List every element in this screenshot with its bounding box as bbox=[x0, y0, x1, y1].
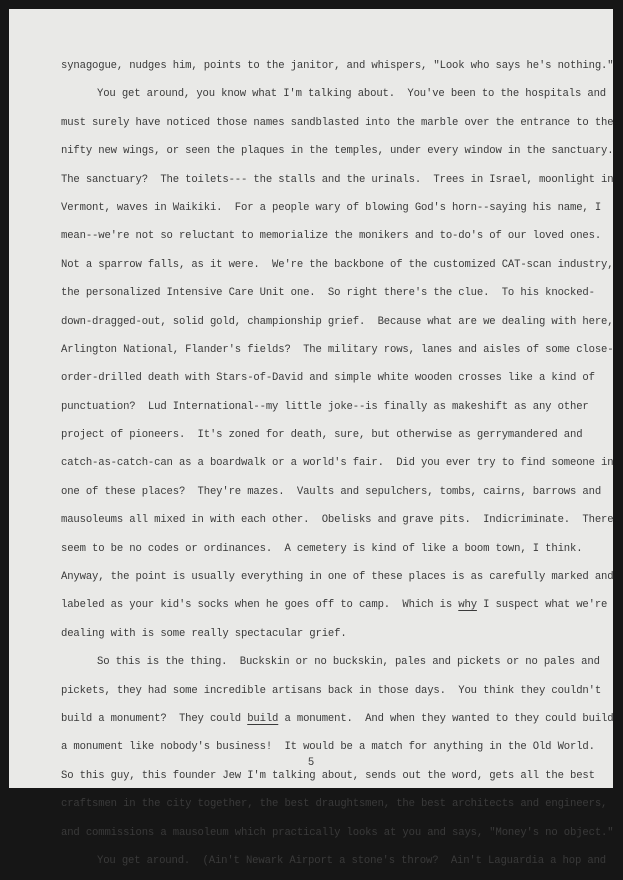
text-segment: a monument. And when they wanted to they… bbox=[278, 713, 613, 725]
text-line: mausoleums all mixed in with each other.… bbox=[61, 511, 601, 539]
text-line: The sanctuary? The toilets--- the stalls… bbox=[61, 171, 601, 199]
text-line: build a monument? They could build a mon… bbox=[61, 710, 601, 738]
text-line: pickets, they had some incredible artisa… bbox=[61, 682, 601, 710]
text-line: synagogue, nudges him, points to the jan… bbox=[61, 57, 601, 85]
text-line: mean--we're not so reluctant to memorial… bbox=[61, 227, 601, 255]
text-line: Vermont, waves in Waikiki. For a people … bbox=[61, 199, 601, 227]
body-text: synagogue, nudges him, points to the jan… bbox=[61, 57, 601, 800]
text-segment: labeled as your kid's socks when he goes… bbox=[61, 599, 458, 611]
text-line: project of pioneers. It's zoned for deat… bbox=[61, 426, 601, 454]
text-line: nifty new wings, or seen the plaques in … bbox=[61, 142, 601, 170]
text-line: dealing with is some really spectacular … bbox=[61, 625, 601, 653]
text-line: Anyway, the point is usually everything … bbox=[61, 568, 601, 596]
text-line: So this is the thing. Buckskin or no buc… bbox=[61, 653, 601, 681]
text-line: down-dragged-out, solid gold, championsh… bbox=[61, 313, 601, 341]
underlined-word: build bbox=[247, 713, 278, 725]
text-line: Arlington National, Flander's fields? Th… bbox=[61, 341, 601, 369]
text-line: craftsmen in the city together, the best… bbox=[61, 795, 601, 800]
text-line: the personalized Intensive Care Unit one… bbox=[61, 284, 601, 312]
text-line: order-drilled death with Stars-of-David … bbox=[61, 369, 601, 397]
underlined-word: why bbox=[458, 599, 477, 611]
text-line: labeled as your kid's socks when he goes… bbox=[61, 596, 601, 624]
page-number: 5 bbox=[9, 757, 613, 769]
text-line: So this guy, this founder Jew I'm talkin… bbox=[61, 767, 601, 795]
text-line: seem to be no codes or ordinances. A cem… bbox=[61, 540, 601, 568]
text-segment: build a monument? They could bbox=[61, 713, 247, 725]
text-line: punctuation? Lud International--my littl… bbox=[61, 398, 601, 426]
text-line: must surely have noticed those names san… bbox=[61, 114, 601, 142]
text-line: You get around, you know what I'm talkin… bbox=[61, 85, 601, 113]
text-line: catch-as-catch-can as a boardwalk or a w… bbox=[61, 454, 601, 482]
text-line: Not a sparrow falls, as it were. We're t… bbox=[61, 256, 601, 284]
text-line: one of these places? They're mazes. Vaul… bbox=[61, 483, 601, 511]
document-page: synagogue, nudges him, points to the jan… bbox=[9, 9, 613, 788]
text-segment: I suspect what we're bbox=[477, 599, 607, 611]
